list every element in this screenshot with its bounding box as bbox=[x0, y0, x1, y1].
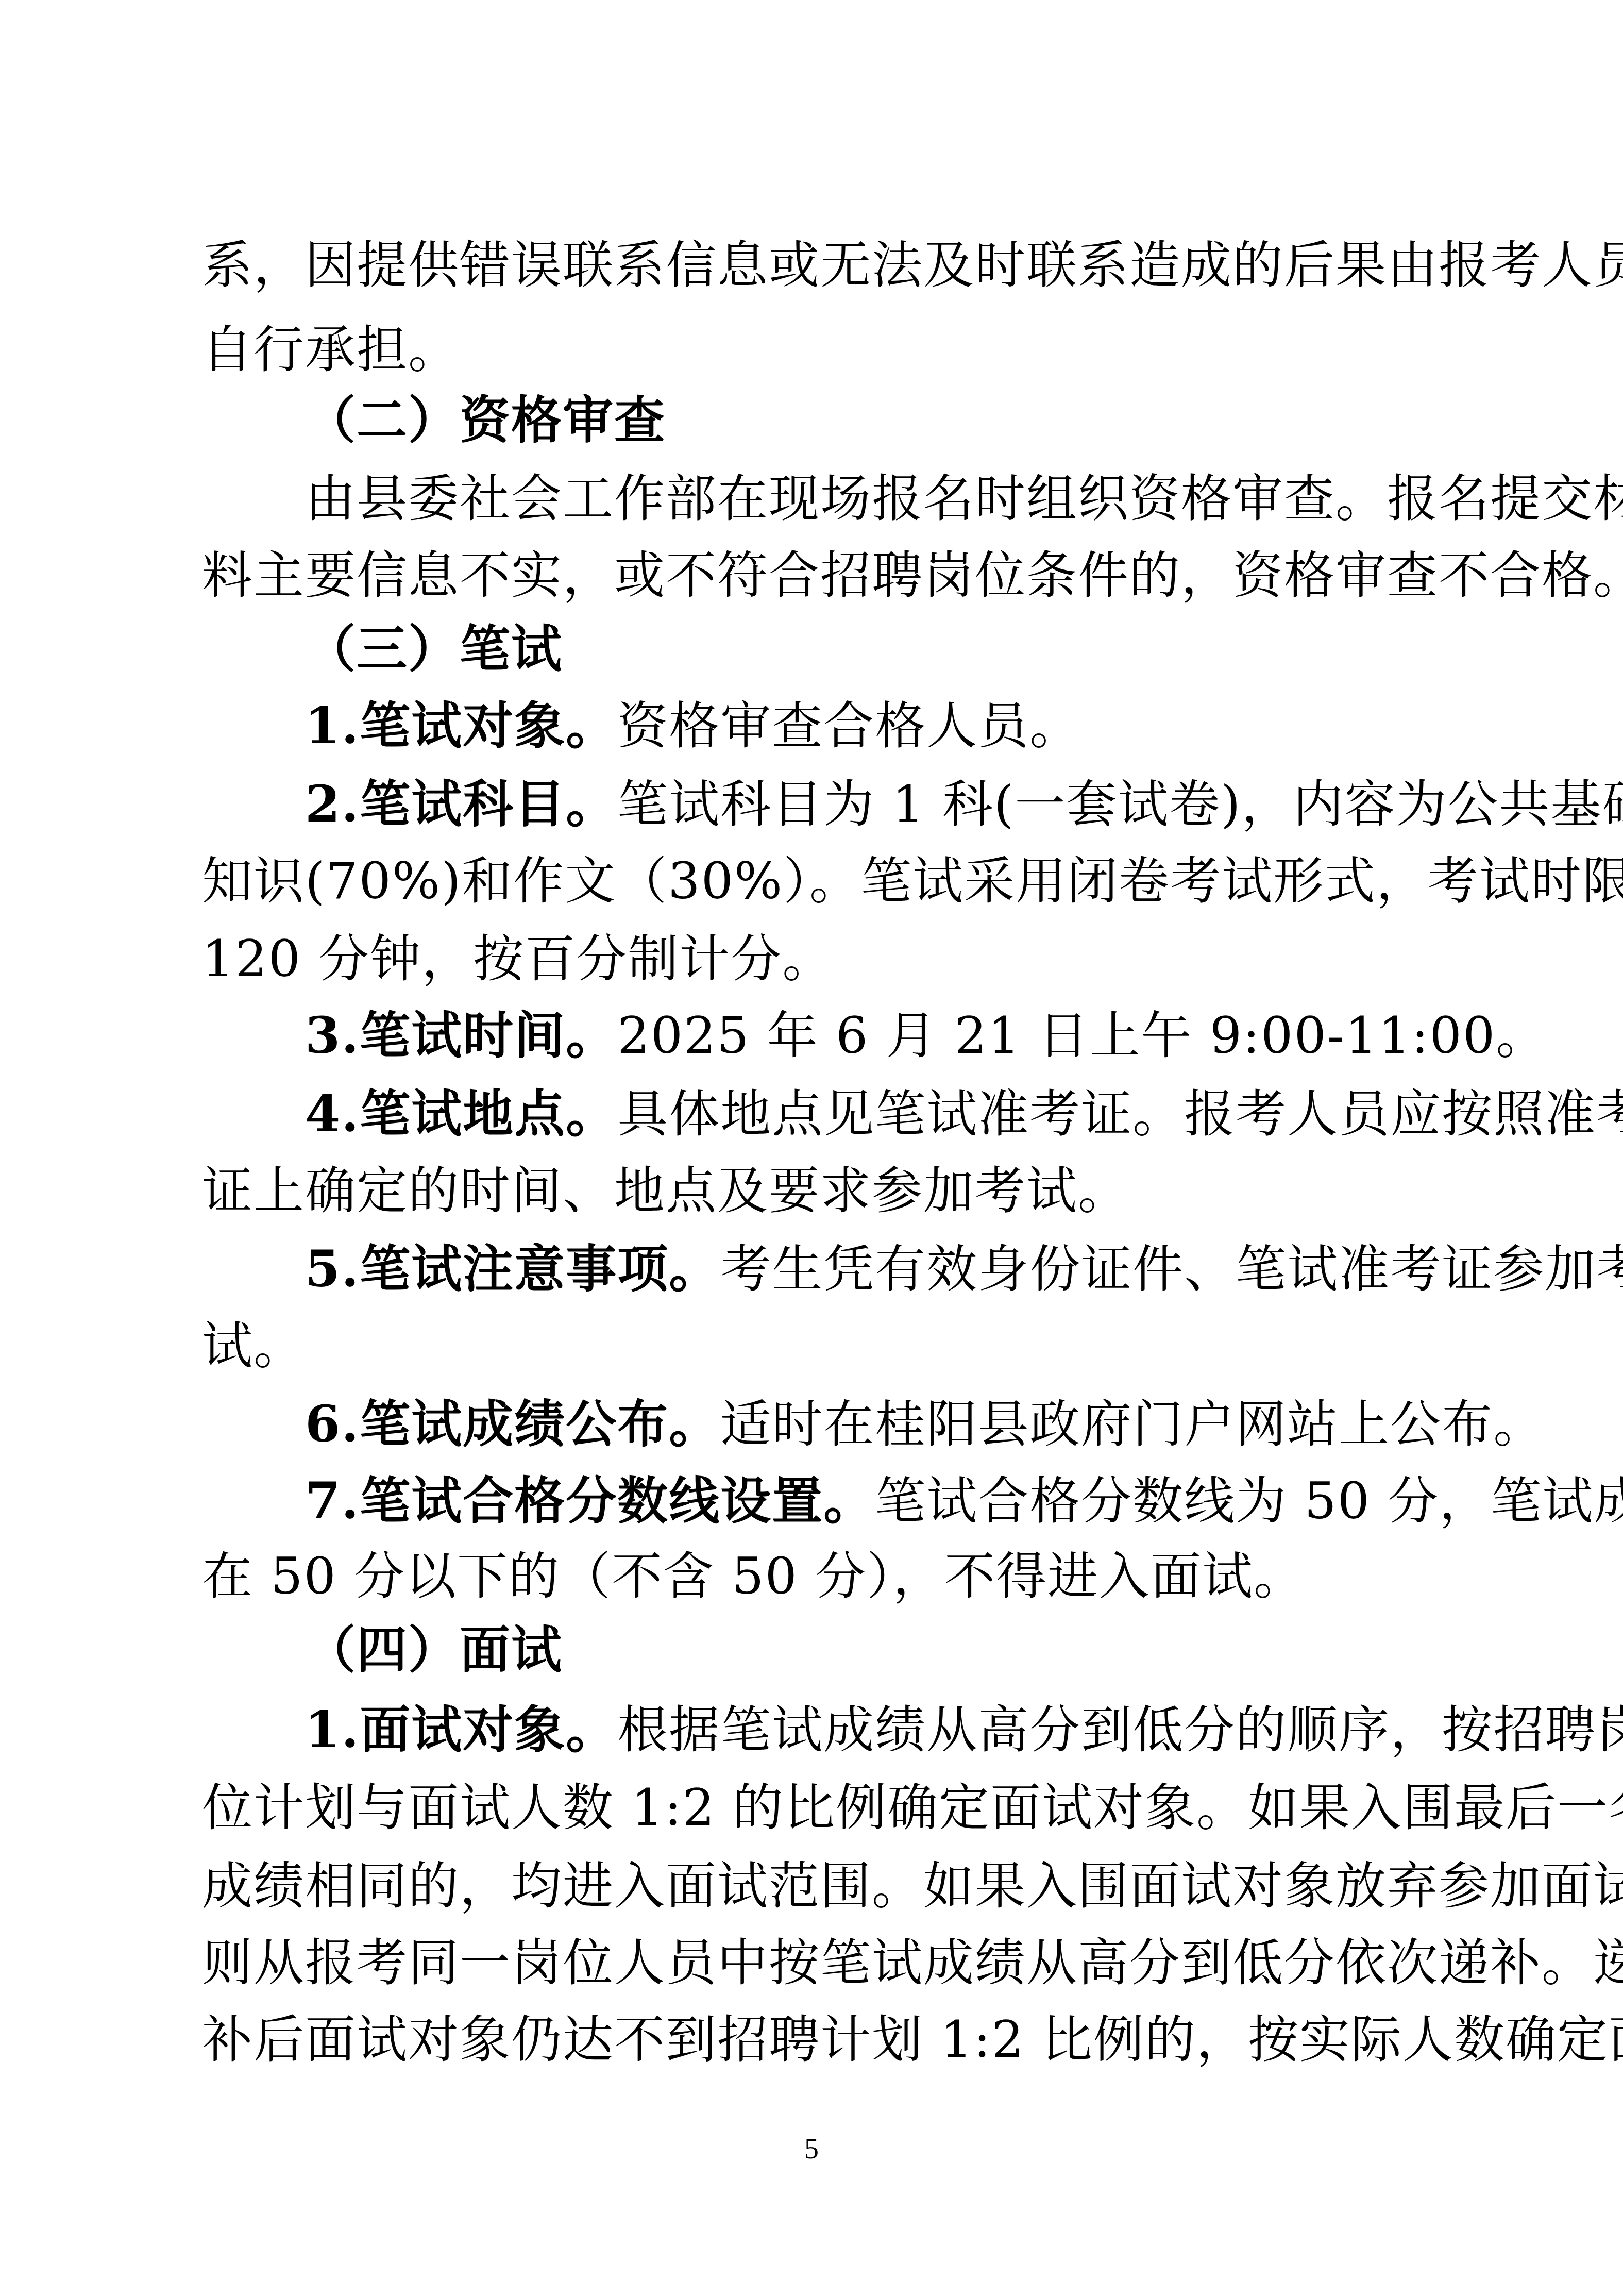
line-text: 自行承担。 bbox=[202, 321, 460, 379]
list-item-exam-subject: 2.笔试科目。笔试科目为 1 科(一套试卷)，内容为公共基础 bbox=[305, 774, 1439, 835]
heading-text: （四）面试 bbox=[305, 1620, 563, 1680]
list-item-score-publication: 6.笔试成绩公布。适时在桂阳县政府门户网站上公布。 bbox=[305, 1394, 1439, 1455]
line-text: 120 分钟，按百分制计分。 bbox=[202, 930, 834, 988]
section-heading-written-exam: （三）笔试 bbox=[305, 618, 1439, 680]
section-heading-interview: （四）面试 bbox=[305, 1619, 1439, 1681]
list-item-exam-location: 4.笔试地点。具体地点见笔试准考证。报考人员应按照准考 bbox=[305, 1083, 1439, 1145]
item-label: 1.面试对象。 bbox=[305, 1700, 617, 1759]
list-item-interview-target: 1.面试对象。根据笔试成绩从高分到低分的顺序，按招聘岗 bbox=[305, 1699, 1439, 1761]
line-text: 证上确定的时间、地点及要求参加考试。 bbox=[202, 1162, 1129, 1220]
item-label: 4.笔试地点。 bbox=[305, 1084, 617, 1144]
paragraph-line: 系，因提供错误联系信息或无法及时联系造成的后果由报考人员 bbox=[202, 234, 1439, 296]
line-text: 成绩相同的，均进入面试范围。如果入围面试对象放弃参加面试， bbox=[202, 1857, 1623, 1916]
paragraph-line: 由县委社会工作部在现场报名时组织资格审查。报名提交材 bbox=[305, 468, 1439, 530]
paragraph-line: 120 分钟，按百分制计分。 bbox=[202, 928, 1439, 990]
document-page: 系，因提供错误联系信息或无法及时联系造成的后果由报考人员 自行承担。 （二）资格… bbox=[0, 0, 1623, 2296]
item-text: 具体地点见笔试准考证。报考人员应按照准考 bbox=[617, 1085, 1623, 1144]
line-text: 由县委社会工作部在现场报名时组织资格审查。报名提交材 bbox=[305, 470, 1623, 528]
item-text: 资格审查合格人员。 bbox=[617, 697, 1081, 756]
line-text: 则从报考同一岗位人员中按笔试成绩从高分到低分依次递补。递 bbox=[202, 1934, 1623, 1992]
item-text: 笔试合格分数线为 50 分，笔试成绩 bbox=[875, 1472, 1623, 1531]
item-label: 3.笔试时间。 bbox=[305, 1006, 617, 1065]
list-item-passing-score: 7.笔试合格分数线设置。笔试合格分数线为 50 分，笔试成绩 bbox=[305, 1470, 1439, 1532]
item-text: 2025 年 6 月 21 日上午 9:00-11:00。 bbox=[617, 1007, 1547, 1065]
list-item-exam-time: 3.笔试时间。2025 年 6 月 21 日上午 9:00-11:00。 bbox=[305, 1005, 1439, 1067]
line-text: 试。 bbox=[202, 1317, 305, 1376]
paragraph-line: 位计划与面试人数 1:2 的比例确定面试对象。如果入围最后一名 bbox=[202, 1777, 1439, 1839]
paragraph-line: 料主要信息不实，或不符合招聘岗位条件的，资格审查不合格。 bbox=[202, 545, 1439, 607]
heading-text: （二）资格审查 bbox=[305, 391, 666, 450]
line-text: 位计划与面试人数 1:2 的比例确定面试对象。如果入围最后一名 bbox=[202, 1779, 1623, 1837]
paragraph-line: 试。 bbox=[202, 1315, 1439, 1377]
item-text: 笔试科目为 1 科(一套试卷)，内容为公共基础 bbox=[617, 775, 1623, 834]
line-text: 在 50 分以下的（不含 50 分），不得进入面试。 bbox=[202, 1547, 1305, 1606]
heading-text: （三）笔试 bbox=[305, 619, 563, 679]
paragraph-line: 补后面试对象仍达不到招聘计划 1:2 比例的，按实际人数确定面 bbox=[202, 2009, 1439, 2071]
item-label: 6.笔试成绩公布。 bbox=[305, 1395, 720, 1454]
paragraph-line: 证上确定的时间、地点及要求参加考试。 bbox=[202, 1160, 1439, 1222]
item-label: 5.笔试注意事项。 bbox=[305, 1239, 720, 1299]
item-text: 根据笔试成绩从高分到低分的顺序，按招聘岗 bbox=[617, 1701, 1623, 1759]
list-item-exam-subjects-target: 1.笔试对象。资格审查合格人员。 bbox=[305, 695, 1439, 757]
paragraph-line: 则从报考同一岗位人员中按笔试成绩从高分到低分依次递补。递 bbox=[202, 1932, 1439, 1994]
line-text: 料主要信息不实，或不符合招聘岗位条件的，资格审查不合格。 bbox=[202, 546, 1623, 605]
item-label: 7.笔试合格分数线设置。 bbox=[305, 1471, 875, 1531]
paragraph-line: 成绩相同的，均进入面试范围。如果入围面试对象放弃参加面试， bbox=[202, 1855, 1439, 1917]
line-text: 知识(70%)和作文（30%）。笔试采用闭卷考试形式，考试时限为 bbox=[202, 852, 1623, 911]
paragraph-line: 自行承担。 bbox=[202, 319, 1439, 381]
list-item-exam-notes: 5.笔试注意事项。考生凭有效身份证件、笔试准考证参加考 bbox=[305, 1238, 1439, 1300]
section-heading-qualification-review: （二）资格审查 bbox=[305, 390, 1439, 451]
paragraph-line: 知识(70%)和作文（30%）。笔试采用闭卷考试形式，考试时限为 bbox=[202, 850, 1439, 912]
line-text: 补后面试对象仍达不到招聘计划 1:2 比例的，按实际人数确定面 bbox=[202, 2010, 1623, 2069]
line-text: 系，因提供错误联系信息或无法及时联系造成的后果由报考人员 bbox=[202, 236, 1623, 295]
page-number: 5 bbox=[796, 2131, 827, 2167]
paragraph-line: 在 50 分以下的（不含 50 分），不得进入面试。 bbox=[202, 1546, 1439, 1607]
item-text: 适时在桂阳县政府门户网站上公布。 bbox=[720, 1395, 1545, 1454]
item-label: 1.笔试对象。 bbox=[305, 696, 617, 756]
item-text: 考生凭有效身份证件、笔试准考证参加考 bbox=[720, 1240, 1623, 1299]
item-label: 2.笔试科目。 bbox=[305, 775, 617, 834]
